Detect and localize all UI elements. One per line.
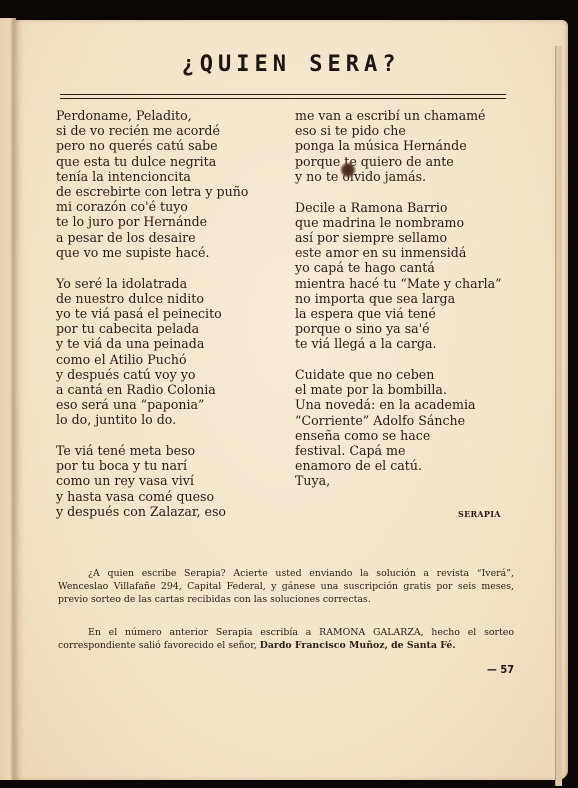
- poem-line: te lo juro por Hernánde: [56, 214, 248, 229]
- poem-line: y hasta vasa comé queso: [56, 489, 248, 504]
- poem-line: porque o sino ya sa'é: [295, 321, 502, 336]
- poem-line: Yo seré la idolatrada: [56, 276, 248, 291]
- poem-line: y te viá da una peinada: [56, 336, 248, 351]
- poem-stanza: Cuidate que no cebenel mate por la bombi…: [295, 367, 502, 489]
- poem-line: pero no querés catú sabe: [56, 138, 248, 153]
- poem-line: no importa que sea larga: [295, 291, 502, 306]
- poem-line: de nuestro dulce nidito: [56, 291, 248, 306]
- poem-line: lo do, juntito lo do.: [56, 412, 248, 427]
- poem-line: “Corriente” Adolfo Sánche: [295, 413, 502, 428]
- poem-line: Perdoname, Peladito,: [56, 108, 248, 123]
- poem-line: mientra hacé tu “Mate y charla”: [295, 276, 502, 291]
- contest-text: ¿A quien escribe Serapia? Acierte usted …: [58, 567, 514, 606]
- poem-stanza: Yo seré la idolatradade nuestro dulce ni…: [56, 276, 248, 428]
- previous-winner-note: En el número anterior Serapia escribía a…: [58, 626, 514, 652]
- poem-line: Te viá tené meta beso: [56, 443, 248, 458]
- poem-line: la espera que viá tené: [295, 306, 502, 321]
- poem-line: enamoro de el catú.: [295, 458, 502, 473]
- poem-line: te viá llegá a la carga.: [295, 336, 502, 351]
- poem-line: Tuya,: [295, 473, 502, 488]
- poem-stanza: Te viá tené meta besopor tu boca y tu na…: [56, 443, 248, 519]
- poem-left-column: Perdoname, Peladito,si de vo recién me a…: [56, 108, 248, 535]
- poem-line: a cantá en Radio Colonia: [56, 382, 248, 397]
- poem-line: por tu cabecita pelada: [56, 321, 248, 336]
- poem-line: ponga la música Hernánde: [295, 138, 502, 153]
- poem-stanza: Perdoname, Peladito,si de vo recién me a…: [56, 108, 248, 260]
- poem-line: por tu boca y tu narí: [56, 458, 248, 473]
- poem-stanza: Decile a Ramona Barrioque madrina le nom…: [295, 200, 502, 352]
- poem-line: este amor en su inmensidá: [295, 245, 502, 260]
- poem-line: si de vo recién me acordé: [56, 123, 248, 138]
- contest-note: ¿A quien escribe Serapia? Acierte usted …: [58, 567, 514, 606]
- poem-line: yo te viá pasá el peinecito: [56, 306, 248, 321]
- poem-line: eso si te pido che: [295, 123, 502, 138]
- poem-line: tenía la intencioncita: [56, 169, 248, 184]
- poem-line: y después catú voy yo: [56, 367, 248, 382]
- poem-line: a pesar de los desaire: [56, 230, 248, 245]
- page-stack-edge: [555, 46, 562, 786]
- page-number: — 57: [487, 663, 514, 676]
- poem-line: me van a escribí un chamamé: [295, 108, 502, 123]
- page-title: ¿QUIEN SERA?: [14, 52, 568, 77]
- poem-line: mi corazón co'é tuyo: [56, 199, 248, 214]
- magazine-page: ¿QUIEN SERA? Perdoname, Peladito,si de v…: [14, 20, 568, 780]
- poem-line: enseña como se hace: [295, 428, 502, 443]
- winner-name: Dardo Francisco Muñoz, de Santa Fé.: [260, 640, 456, 651]
- poem-signature: SERAPIA: [458, 509, 501, 519]
- poem-line: y no te olvido jamás.: [295, 169, 502, 184]
- poem-line: eso será una “paponia”: [56, 397, 248, 412]
- poem-stanza: me van a escribí un chamaméeso si te pid…: [295, 108, 502, 184]
- poem-line: yo capá te hago cantá: [295, 260, 502, 275]
- ink-stain: [340, 162, 356, 178]
- poem-line: de escrebirte con letra y puño: [56, 184, 248, 199]
- poem-line: Decile a Ramona Barrio: [295, 200, 502, 215]
- poem-line: porque te quiero de ante: [295, 154, 502, 169]
- poem-line: el mate por la bombilla.: [295, 382, 502, 397]
- poem-line: así por siempre sellamo: [295, 230, 502, 245]
- poem-line: Cuidate que no ceben: [295, 367, 502, 382]
- poem-line: y después con Zalazar, eso: [56, 504, 248, 519]
- poem-line: que esta tu dulce negrita: [56, 154, 248, 169]
- poem-line: como el Atilio Puchó: [56, 352, 248, 367]
- previous-winner-text: En el número anterior Serapia escribía a…: [58, 626, 514, 652]
- poem-right-column: me van a escribí un chamaméeso si te pid…: [295, 108, 502, 504]
- poem-line: como un rey vasa viví: [56, 473, 248, 488]
- poem-line: Una novedá: en la academia: [295, 397, 502, 412]
- title-rule-top: [60, 94, 506, 95]
- poem-line: festival. Capá me: [295, 443, 502, 458]
- title-rule-bottom: [60, 98, 506, 99]
- poem-line: que madrina le nombramo: [295, 215, 502, 230]
- poem-line: que vo me supiste hacé.: [56, 245, 248, 260]
